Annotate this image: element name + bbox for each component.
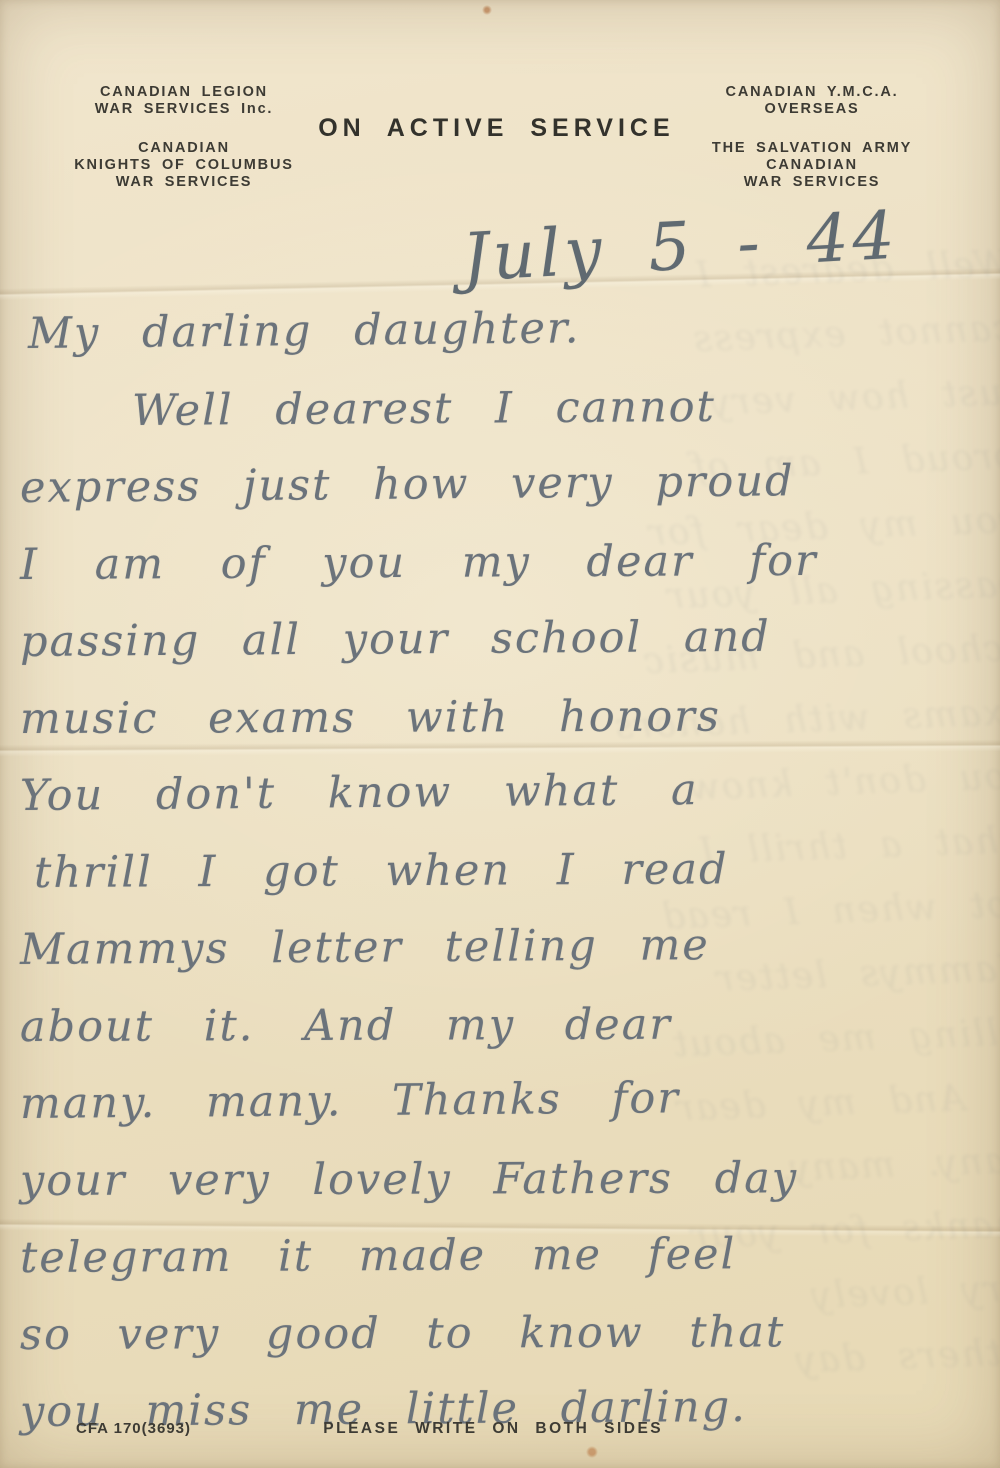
- letter-line: express just how very proud: [20, 442, 993, 527]
- letter-line: Mammys letter telling me: [20, 905, 993, 989]
- letter-body: My darling daughter. Well dearest I cann…: [20, 296, 992, 1451]
- letter-line: music exams with honors: [20, 678, 992, 758]
- salutation: My darling daughter.: [28, 286, 993, 373]
- org-line: OVERSEAS: [698, 101, 926, 118]
- letter-line: Well dearest I cannot: [132, 367, 993, 450]
- letter-line: telegram it made me feel: [20, 1215, 992, 1297]
- org-canadian-legion: CANADIAN LEGION WAR SERVICES Inc.: [58, 84, 310, 118]
- org-line: CANADIAN: [698, 157, 926, 174]
- letter-line: your very lovely Fathers day: [20, 1140, 992, 1220]
- letterhead: CANADIAN LEGION WAR SERVICES Inc. CANADI…: [0, 0, 1000, 210]
- org-line: WAR SERVICES: [698, 174, 926, 191]
- letterhead-footer: CFA 170(3693) PLEASE WRITE ON BOTH SIDES: [0, 1412, 1000, 1468]
- letter-line: about it. And my dear: [20, 986, 992, 1066]
- letterhead-left-column: CANADIAN LEGION WAR SERVICES Inc. CANADI…: [58, 84, 310, 191]
- letter-line: thrill I got when I read: [34, 830, 992, 912]
- letterhead-title: ON ACTIVE SERVICE: [318, 114, 674, 143]
- org-knights-of-columbus: CANADIAN KNIGHTS OF COLUMBUS WAR SERVICE…: [58, 140, 310, 191]
- org-line: CANADIAN Y.M.C.A.: [698, 84, 926, 101]
- form-number: CFA 170(3693): [76, 1420, 191, 1437]
- org-line: CANADIAN LEGION: [58, 84, 310, 101]
- org-canadian-ymca: CANADIAN Y.M.C.A. OVERSEAS: [698, 84, 926, 118]
- letter-page: Well dearest I cannot express just how v…: [0, 0, 1000, 1468]
- letter-line: so very good to know that: [20, 1294, 992, 1374]
- footer-instruction: PLEASE WRITE ON BOTH SIDES: [323, 1420, 663, 1438]
- org-line: KNIGHTS OF COLUMBUS: [58, 157, 310, 174]
- org-line: THE SALVATION ARMY: [698, 140, 926, 157]
- letter-line: many. many. Thanks for: [20, 1058, 993, 1143]
- org-line: WAR SERVICES Inc.: [58, 101, 310, 118]
- letter-line: You don't know what a: [20, 750, 993, 835]
- letterhead-right-column: CANADIAN Y.M.C.A. OVERSEAS THE SALVATION…: [698, 84, 926, 191]
- letter-line: passing all your school and: [20, 597, 993, 681]
- letter-date: July 5 - 44: [460, 197, 900, 297]
- letter-line: I am of you my dear for: [20, 522, 992, 604]
- org-line: WAR SERVICES: [58, 174, 310, 191]
- org-salvation-army: THE SALVATION ARMY CANADIAN WAR SERVICES: [698, 140, 926, 191]
- org-line: CANADIAN: [58, 140, 310, 157]
